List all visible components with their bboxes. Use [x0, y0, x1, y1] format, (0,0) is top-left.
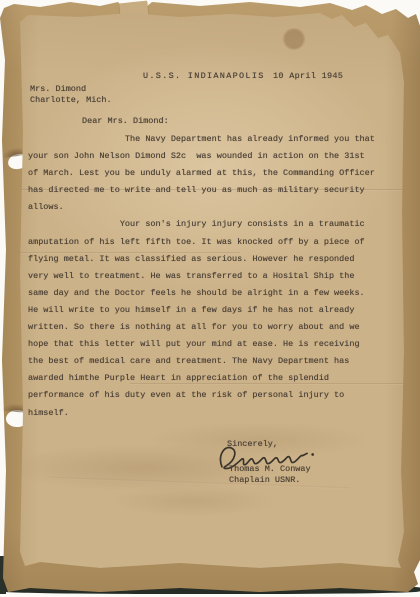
stain-mark	[282, 28, 306, 50]
salutation: Dear Mrs. Dimond:	[82, 113, 169, 130]
scanned-letter-page: U.S.S. INDIANAPOLIS 10 April 1945 Mrs. D…	[0, 0, 420, 597]
letterhead-date: 10 April 1945	[273, 68, 343, 85]
letter-body: The Navy Department has already informed…	[28, 131, 375, 422]
letterhead-ship: U.S.S. INDIANAPOLIS	[143, 68, 265, 85]
fold-crease	[50, 477, 350, 489]
letter-sheet: U.S.S. INDIANAPOLIS 10 April 1945 Mrs. D…	[20, 12, 404, 568]
signature-title: Chaplain USNR.	[229, 475, 300, 486]
signature-name: Thomas M. Conway	[229, 464, 311, 475]
recipient-address: Mrs. Dimond Charlotte, Mich.	[30, 84, 112, 105]
